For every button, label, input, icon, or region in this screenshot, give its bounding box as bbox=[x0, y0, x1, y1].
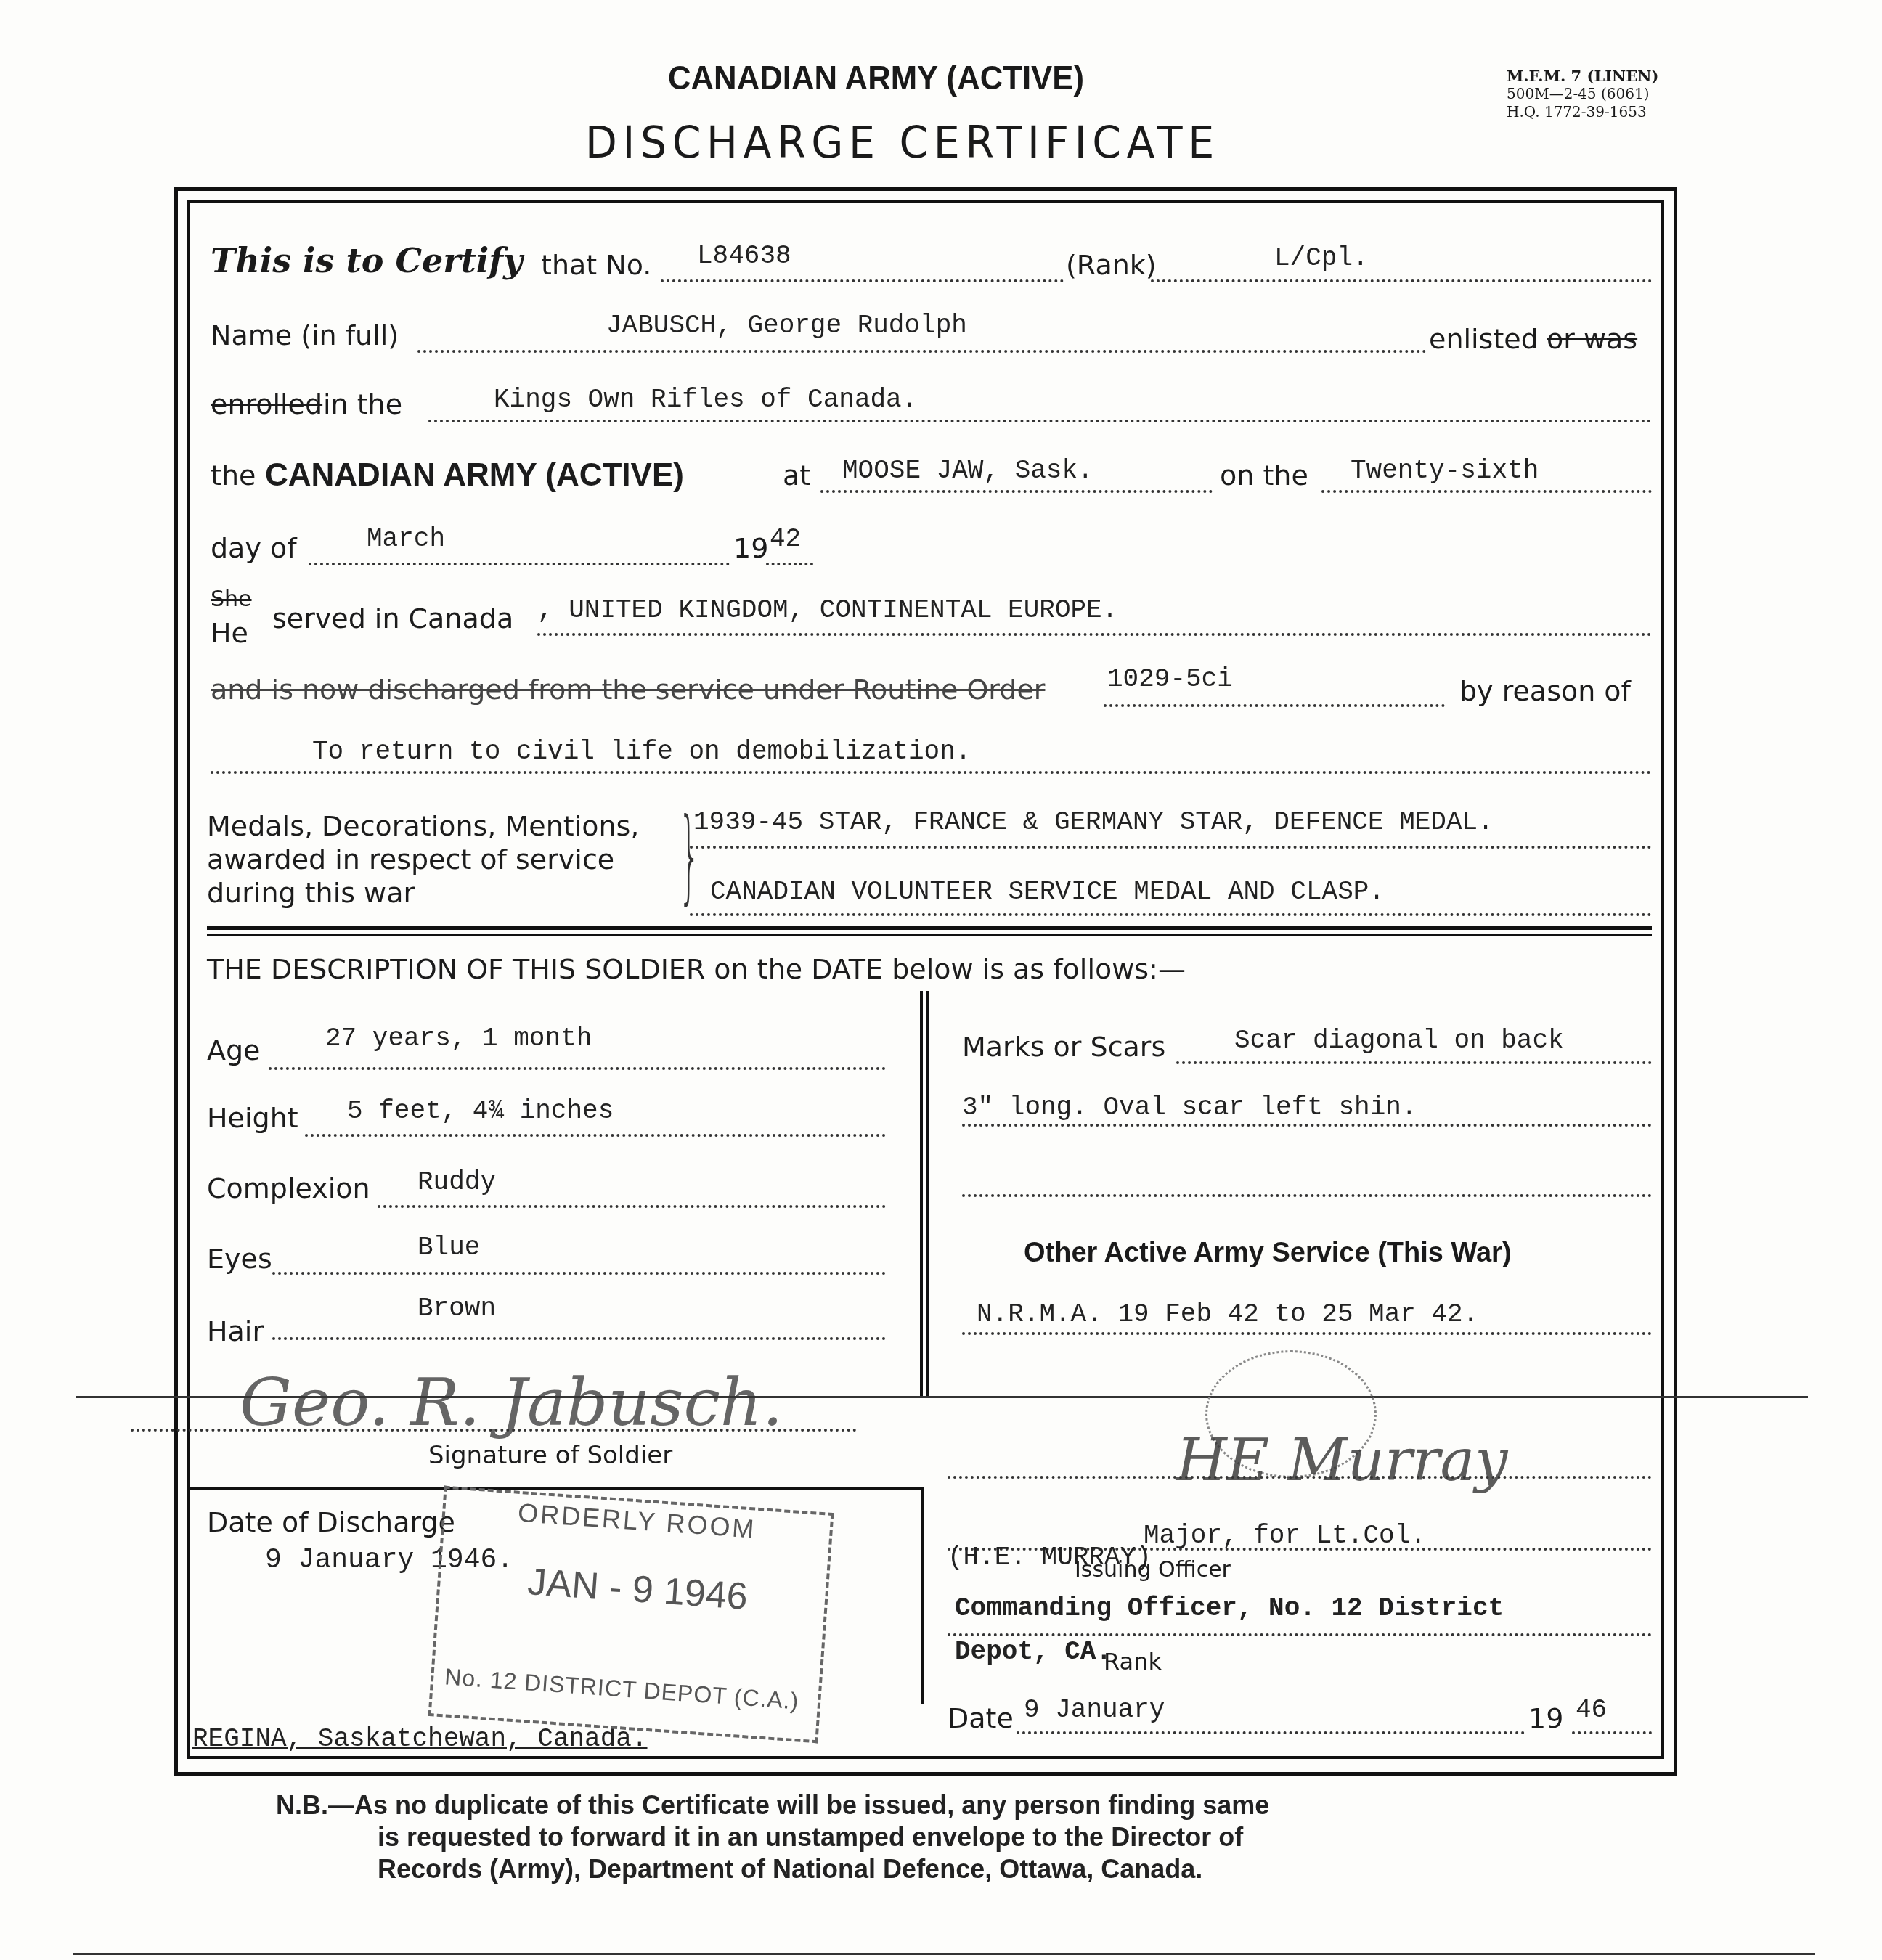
soldier-signature-dots bbox=[131, 1429, 857, 1432]
in-the-label: in the bbox=[323, 388, 402, 420]
certificate-title: DISCHARGE CERTIFICATE bbox=[585, 118, 1220, 168]
medals-label-line-1: Medals, Decorations, Mentions, bbox=[207, 809, 639, 843]
the-label: the bbox=[211, 460, 256, 491]
form-number-line-1: M.F.M. 7 (LINEN) bbox=[1507, 67, 1658, 85]
officer-rank-text: Major, for Lt.Col. bbox=[1144, 1521, 1426, 1551]
served-label: served in Canada bbox=[272, 603, 513, 634]
medals-label-line-2: awarded in respect of service bbox=[207, 843, 639, 876]
complexion-value: Ruddy bbox=[417, 1167, 496, 1197]
officer-signature: HE Murray bbox=[1176, 1426, 1507, 1494]
served-dots bbox=[537, 633, 1652, 636]
issue-year-value: 46 bbox=[1576, 1695, 1607, 1725]
medals-line-2: CANADIAN VOLUNTEER SERVICE MEDAL AND CLA… bbox=[710, 877, 1385, 907]
eyes-dots bbox=[272, 1272, 886, 1275]
marks-line-1: Scar diagonal on back bbox=[1234, 1026, 1564, 1055]
complexion-label: Complexion bbox=[207, 1172, 370, 1204]
issue-date-label: Date bbox=[948, 1702, 1014, 1734]
orderly-room-stamp: ORDERLY ROOM JAN - 9 1946 No. 12 DISTRIC… bbox=[428, 1486, 834, 1744]
height-value: 5 feet, 4¾ inches bbox=[347, 1096, 614, 1126]
army-heading: CANADIAN ARMY (ACTIVE) bbox=[668, 58, 1084, 97]
form-number: M.F.M. 7 (LINEN) 500M—2-45 (6061) H.Q. 1… bbox=[1507, 67, 1658, 121]
age-value: 27 years, 1 month bbox=[325, 1024, 592, 1053]
footer-line-2: is requested to forward it in an unstamp… bbox=[276, 1821, 1269, 1853]
certify-label: This is to Certify bbox=[211, 241, 523, 280]
age-label: Age bbox=[207, 1034, 261, 1066]
column-divider-1 bbox=[920, 991, 923, 1397]
enlistment-day: Twenty-sixth bbox=[1351, 456, 1539, 486]
section-rule-2 bbox=[207, 934, 1652, 936]
served-in-value: , UNITED KINGDOM, CONTINENTAL EUROPE. bbox=[537, 595, 1117, 625]
marks-dots-1 bbox=[1176, 1061, 1652, 1064]
routine-order-dots bbox=[1104, 704, 1445, 707]
officer-signature-dots bbox=[948, 1476, 1652, 1479]
form-number-line-2: 500M—2-45 (6061) bbox=[1507, 85, 1658, 103]
enlisted-label: enlisted bbox=[1429, 323, 1539, 355]
rank-value: L/Cpl. bbox=[1274, 243, 1369, 273]
by-reason-label: by reason of bbox=[1459, 675, 1631, 707]
place-dots bbox=[820, 490, 1213, 493]
eyes-value: Blue bbox=[417, 1233, 480, 1262]
routine-order-value: 1029-5ci bbox=[1107, 664, 1233, 694]
on-the-label: on the bbox=[1220, 460, 1308, 491]
number-dots bbox=[661, 279, 1064, 282]
hair-dots bbox=[272, 1337, 886, 1340]
discharge-box-top bbox=[187, 1487, 922, 1490]
section-rule-1 bbox=[207, 926, 1652, 930]
height-label: Height bbox=[207, 1102, 298, 1134]
enrolled-struck-text: enrolled bbox=[211, 388, 322, 420]
issue-year-prefix: 19 bbox=[1528, 1702, 1563, 1734]
year-dots bbox=[766, 563, 813, 565]
discharged-label: and is now discharged from the service u… bbox=[211, 674, 1045, 706]
footer-line-3: Records (Army), Department of National D… bbox=[276, 1853, 1269, 1885]
medals-line-1: 1939-45 STAR, FRANCE & GERMANY STAR, DEF… bbox=[693, 807, 1494, 837]
other-service-dots bbox=[962, 1332, 1652, 1335]
he-label: He bbox=[211, 617, 248, 649]
enlistment-place: MOOSE JAW, Sask. bbox=[842, 456, 1093, 486]
officer-title-dots bbox=[948, 1633, 1652, 1636]
issue-date-dots bbox=[1017, 1731, 1525, 1734]
stamp-date: JAN - 9 1946 bbox=[526, 1560, 749, 1619]
form-number-line-3: H.Q. 1772-39-1653 bbox=[1507, 103, 1658, 121]
medals-label: Medals, Decorations, Mentions, awarded i… bbox=[207, 809, 639, 910]
issuing-officer-label: Issuing Officer bbox=[1075, 1557, 1231, 1583]
medals-dots-2 bbox=[690, 913, 1652, 916]
other-service-heading: Other Active Army Service (This War) bbox=[1024, 1238, 1512, 1269]
she-struck-text: She bbox=[211, 587, 252, 612]
enlisted-struck-text: or was bbox=[1547, 323, 1637, 355]
service-number: L84638 bbox=[697, 241, 791, 271]
nb-label: N.B.— bbox=[276, 1790, 354, 1820]
unit-value: Kings Own Rifles of Canada. bbox=[494, 385, 917, 415]
issue-year-dots bbox=[1572, 1731, 1652, 1734]
stamp-top-text: ORDERLY ROOM bbox=[517, 1498, 757, 1545]
discharge-place: REGINA, Saskatchewan, Canada. bbox=[192, 1724, 648, 1754]
unit-dots bbox=[428, 420, 1652, 422]
marks-line-2: 3" long. Oval scar left shin. bbox=[962, 1093, 1417, 1122]
officer-title-line-2: Depot, CA. bbox=[955, 1637, 1112, 1667]
name-label: Name (in full) bbox=[211, 319, 399, 351]
enlistment-month: March bbox=[367, 524, 445, 554]
discharge-reason: To return to civil life on demobilizatio… bbox=[312, 737, 971, 767]
that-no-label: that No. bbox=[541, 249, 651, 281]
rank-dots bbox=[1151, 279, 1652, 282]
enlistment-year: 42 bbox=[770, 524, 801, 554]
issue-date-value: 9 January bbox=[1024, 1695, 1165, 1725]
column-divider-2 bbox=[926, 991, 929, 1397]
complexion-dots bbox=[378, 1205, 886, 1208]
medals-dots-1 bbox=[690, 846, 1652, 849]
hair-value: Brown bbox=[417, 1294, 496, 1323]
medals-label-line-3: during this war bbox=[207, 876, 639, 910]
name-dots bbox=[417, 350, 1427, 353]
other-service-value: N.R.M.A. 19 Feb 42 to 25 Mar 42. bbox=[977, 1299, 1478, 1329]
day-dots bbox=[1321, 490, 1652, 493]
footer-note: N.B.—As no duplicate of this Certificate… bbox=[276, 1789, 1269, 1885]
year-prefix: 19 bbox=[733, 532, 768, 564]
month-dots bbox=[309, 563, 730, 565]
discharge-box-right bbox=[921, 1487, 924, 1704]
day-of-label: day of bbox=[211, 532, 297, 564]
reason-dots bbox=[211, 771, 1652, 774]
soldier-signature-label: Signature of Soldier bbox=[428, 1441, 672, 1470]
marks-dots-3 bbox=[962, 1194, 1652, 1197]
officer-title-line-1: Commanding Officer, No. 12 District bbox=[955, 1593, 1504, 1623]
officer-rank-label: Rank bbox=[1104, 1648, 1162, 1675]
date-of-discharge-label: Date of Discharge bbox=[207, 1506, 455, 1538]
footer-line-1: As no duplicate of this Certificate will… bbox=[354, 1790, 1269, 1820]
army-bold-label: CANADIAN ARMY (ACTIVE) bbox=[265, 457, 684, 494]
at-label: at bbox=[783, 460, 810, 491]
rank-label: (Rank) bbox=[1066, 249, 1157, 281]
stamp-bottom-text: No. 12 DISTRICT DEPOT (C.A.) bbox=[444, 1663, 800, 1715]
marks-label: Marks or Scars bbox=[962, 1031, 1165, 1063]
soldier-name: JABUSCH, George Rudolph bbox=[606, 311, 967, 340]
eyes-label: Eyes bbox=[207, 1243, 272, 1275]
hair-label: Hair bbox=[207, 1315, 264, 1347]
description-heading: THE DESCRIPTION OF THIS SOLDIER on the D… bbox=[207, 953, 1186, 985]
marks-dots-2 bbox=[962, 1124, 1652, 1127]
age-dots bbox=[269, 1067, 886, 1070]
page-bottom-edge bbox=[73, 1953, 1815, 1955]
height-dots bbox=[305, 1134, 886, 1137]
